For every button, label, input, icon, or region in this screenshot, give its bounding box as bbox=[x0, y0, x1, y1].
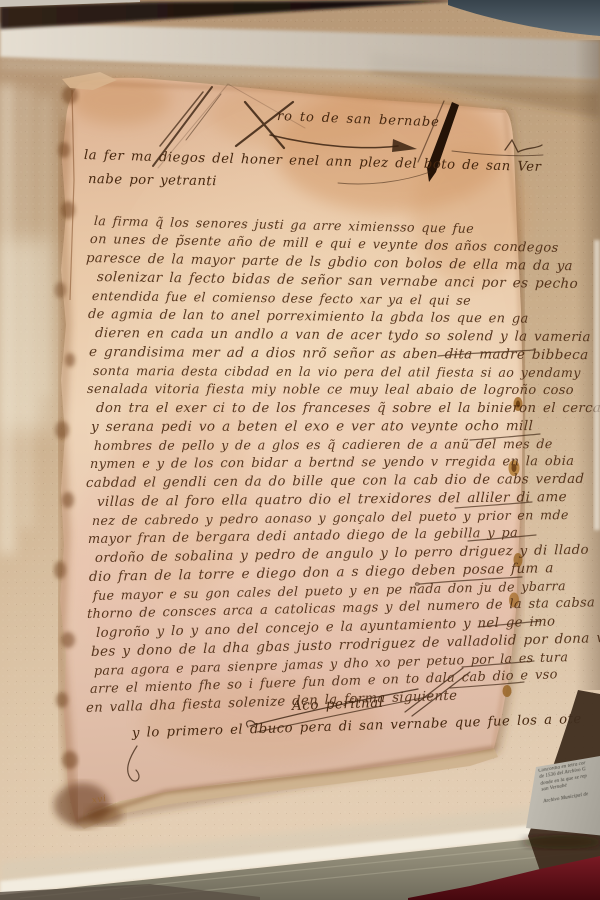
card-shadow bbox=[522, 835, 600, 849]
right-edge-highlight bbox=[594, 240, 600, 530]
photo-frame: ro to de san bernabe la fer ma diegos de… bbox=[0, 0, 600, 900]
glass-and-case-overlay bbox=[0, 0, 600, 900]
glass-slate-corner bbox=[448, 0, 600, 36]
